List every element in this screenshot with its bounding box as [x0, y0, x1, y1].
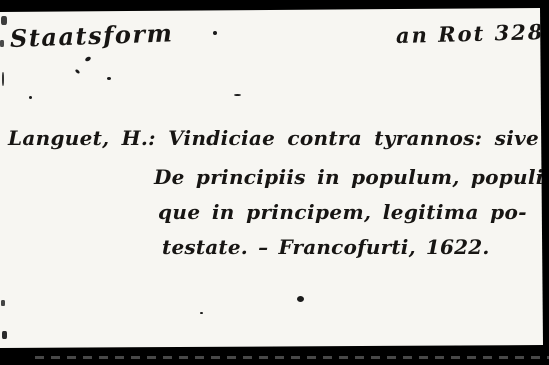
entry-line-title-continued: que in principem, legitima po-	[158, 200, 527, 225]
noise-speck	[234, 94, 241, 96]
noise-speck	[1, 16, 7, 25]
noise-speck	[297, 296, 304, 302]
noise-speck	[75, 69, 81, 75]
entry-line-author-title: Languet, H.: Vindiciae contra tyrannos: …	[8, 126, 539, 151]
noise-speck	[213, 31, 217, 35]
entry-line-title-continued: De principiis in populum, populi-	[154, 165, 549, 190]
noise-speck	[29, 96, 32, 99]
noise-speck	[1, 300, 5, 306]
entry-line-imprint: testate. – Francofurti, 1622.	[162, 235, 490, 260]
scan-artifact-line	[35, 356, 549, 359]
subject-heading: Staatsform	[9, 18, 173, 54]
noise-speck	[0, 40, 4, 47]
noise-speck	[2, 331, 7, 339]
catalog-card-scan: Staatsform an Rot 328 Languet, H.: Vindi…	[0, 0, 549, 365]
noise-speck	[2, 72, 4, 86]
noise-speck	[107, 77, 111, 80]
noise-speck	[84, 56, 91, 62]
shelfmark: an Rot 328	[396, 19, 545, 49]
noise-speck	[200, 312, 203, 314]
catalog-card: Staatsform an Rot 328 Languet, H.: Vindi…	[0, 0, 549, 365]
